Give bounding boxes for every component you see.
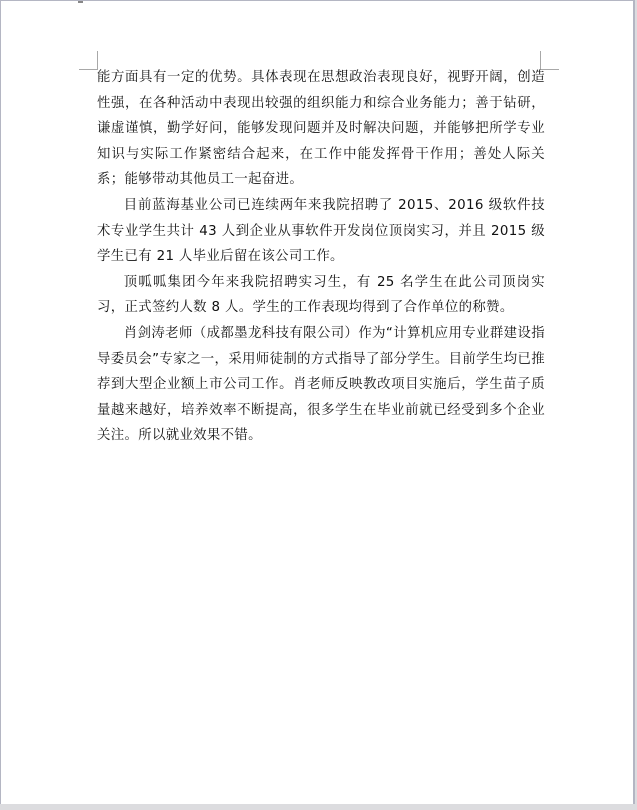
paragraph-dingguagua-group: 顶呱呱集团今年来我院招聘实习生，有 25 名学生在此公司顶岗实习，正式签约人数 … [97,270,545,321]
ruler-indent-marker [78,1,83,3]
top-left-margin-corner-mark [79,51,98,70]
paragraph-teacher-xiao: 肖剑涛老师（成都墨龙科技有限公司）作为“计算机应用专业群建设指导委员会”专家之一… [97,321,545,449]
document-page[interactable]: 能方面具有一定的优势。具体表现在思想政治表现良好，视野开阔，创造性强，在各种活动… [0,0,635,804]
paragraph-lanhai-company: 目前蓝海基业公司已连续两年来我院招聘了 2015、2016 级软件技术专业学生共… [97,193,545,270]
paragraph-continuation: 能方面具有一定的优势。具体表现在思想政治表现良好，视野开阔，创造性强，在各种活动… [97,65,545,193]
document-canvas: 能方面具有一定的优势。具体表现在思想政治表现良好，视野开阔，创造性强，在各种活动… [0,0,637,810]
document-body[interactable]: 能方面具有一定的优势。具体表现在思想政治表现良好，视野开阔，创造性强，在各种活动… [97,65,545,449]
